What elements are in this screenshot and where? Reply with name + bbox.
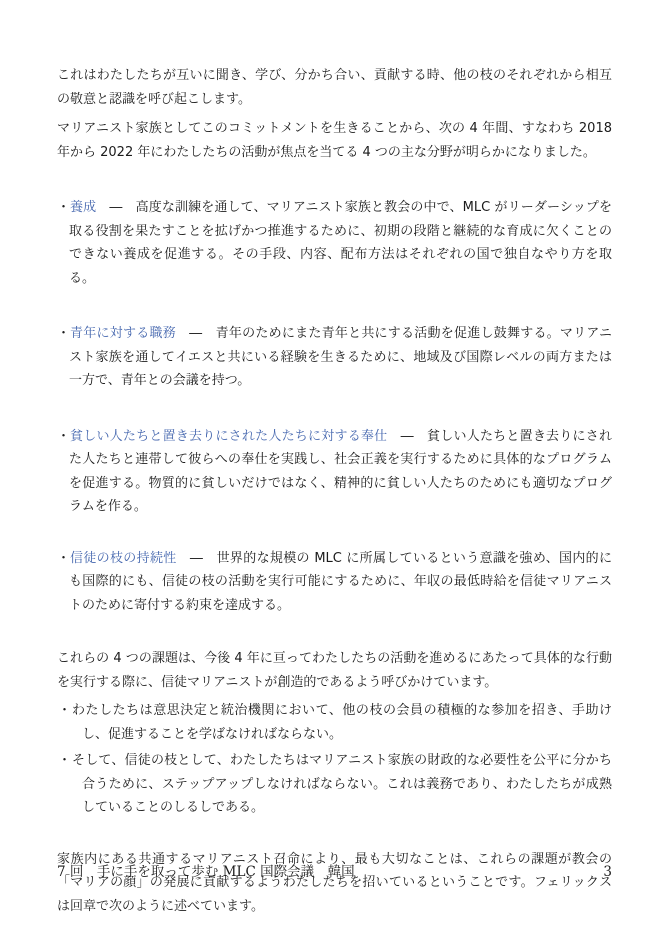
dash-separator: ― xyxy=(96,200,135,215)
action-item-participation: ・わたしたちは意思決定と統治機関において、他の枝の会員の積極的な参加を招き、手助… xyxy=(57,699,612,746)
bullet-marker: ・ xyxy=(58,749,71,773)
intro-paragraph-2: マリアニスト家族としてこのコミットメントを生きることから、次の 4 年間、すなわ… xyxy=(57,117,612,164)
page-footer: 7 回 手に手を取って歩む MLC 国際会議 韓国 3 xyxy=(57,863,612,881)
focus-term: 貧しい人たちと置き去りにされた人たちに対する奉仕 xyxy=(70,429,387,444)
focus-term: 信徒の枝の持続性 xyxy=(70,551,177,566)
dash-separator: ― xyxy=(387,429,427,444)
document-page: これはわたしたちが互いに聞き、学び、分かち合い、貢献する時、他の枝のそれぞれから… xyxy=(0,0,670,948)
bullet-marker: ・ xyxy=(57,547,70,571)
bullet-marker: ・ xyxy=(57,196,70,220)
call-to-action-paragraph: これらの 4 つの課題は、今後 4 年に亘ってわたしたちの活動を進めるにあたって… xyxy=(57,647,612,694)
intro-paragraph-1: これはわたしたちが互いに聞き、学び、分かち合い、貢献する時、他の枝のそれぞれから… xyxy=(57,64,612,111)
bullet-marker: ・ xyxy=(58,699,71,723)
dash-separator: ― xyxy=(176,326,216,341)
focus-areas-list: ・養成 ― 高度な訓練を通して、マリアニスト家族と教会の中で、MLC がリーダー… xyxy=(57,196,612,617)
closing-paragraph: 家族内にある共通するマリアニスト召命により、最も大切なことは、これらの課題が教会… xyxy=(57,848,612,919)
action-list: ・わたしたちは意思決定と統治機関において、他の枝の会員の積極的な参加を招き、手助… xyxy=(57,699,612,820)
document-body: これはわたしたちが互いに聞き、学び、分かち合い、貢献する時、他の枝のそれぞれから… xyxy=(57,64,612,918)
action-text: そして、信徒の枝として、わたしたちはマリアニスト家族の財政的な必要性を公平に分か… xyxy=(72,753,612,815)
focus-item-lay-branch-sustainability: ・信徒の枝の持続性 ― 世界的な規模の MLC に所属しているという意識を強め、… xyxy=(57,547,612,618)
focus-item-youth-ministry: ・青年に対する職務 ― 青年のためにまた青年と共にする活動を促進し鼓舞する。マリ… xyxy=(57,322,612,393)
focus-term: 養成 xyxy=(70,200,96,215)
focus-term: 青年に対する職務 xyxy=(70,326,176,341)
action-text: わたしたちは意思決定と統治機関において、他の枝の会員の積極的な参加を招き、手助け… xyxy=(72,703,612,742)
action-item-financial-sharing: ・そして、信徒の枝として、わたしたちはマリアニスト家族の財政的な必要性を公平に分… xyxy=(57,749,612,820)
bullet-marker: ・ xyxy=(57,425,70,449)
dash-separator: ― xyxy=(177,551,217,566)
focus-item-formation: ・養成 ― 高度な訓練を通して、マリアニスト家族と教会の中で、MLC がリーダー… xyxy=(57,196,612,290)
bullet-marker: ・ xyxy=(57,322,70,346)
focus-description: 高度な訓練を通して、マリアニスト家族と教会の中で、MLC がリーダーシップを取る… xyxy=(69,200,612,286)
page-number: 3 xyxy=(603,863,612,881)
focus-item-service-to-poor: ・貧しい人たちと置き去りにされた人たちに対する奉仕 ― 貧しい人たちと置き去りに… xyxy=(57,425,612,519)
footer-title: 7 回 手に手を取って歩む MLC 国際会議 韓国 xyxy=(57,863,355,881)
